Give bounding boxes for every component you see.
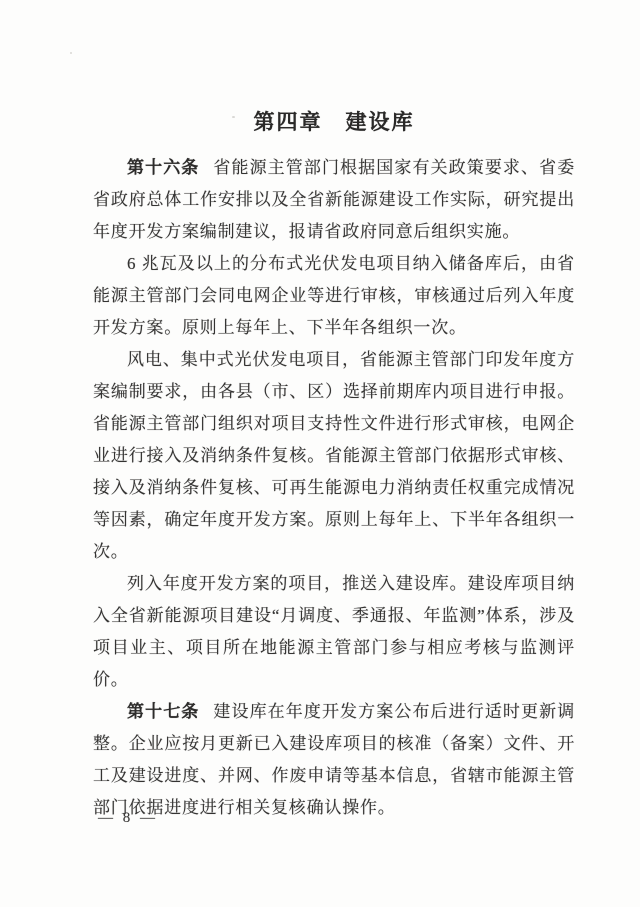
paragraph-annual-plan-projects: 列入年度开发方案的项目，推送入建设库。建设库项目纳入全省新能源项目建设“月调度、… xyxy=(93,568,575,696)
article-17-number: 第十七条 xyxy=(127,702,199,721)
paragraph-article-16: 第十六条省能源主管部门根据国家有关政策要求、省委省政府总体工作安排以及全省新能源… xyxy=(93,152,575,248)
document-page: 第四章 建设库 第十六条省能源主管部门根据国家有关政策要求、省委省政府总体工作安… xyxy=(0,0,640,907)
paragraph-wind-centralized-pv: 风电、集中式光伏发电项目，省能源主管部门印发年度方案编制要求，由各县（市、区）选… xyxy=(93,344,575,568)
paragraph-text: 6 兆瓦及以上的分布式光伏发电项目纳入储备库后，由省能源主管部门会同电网企业等进… xyxy=(93,254,575,337)
page-number: — 8 — xyxy=(98,806,158,830)
chapter-title: 第四章 建设库 xyxy=(93,110,575,136)
scan-speck xyxy=(70,52,72,54)
paragraph-distributed-pv: 6 兆瓦及以上的分布式光伏发电项目纳入储备库后，由省能源主管部门会同电网企业等进… xyxy=(93,248,575,344)
document-body: 第四章 建设库 第十六条省能源主管部门根据国家有关政策要求、省委省政府总体工作安… xyxy=(93,110,575,824)
paragraph-text: 列入年度开发方案的项目，推送入建设库。建设库项目纳入全省新能源项目建设“月调度、… xyxy=(93,574,575,689)
paragraph-text: 风电、集中式光伏发电项目，省能源主管部门印发年度方案编制要求，由各县（市、区）选… xyxy=(93,350,575,561)
article-16-number: 第十六条 xyxy=(127,158,199,177)
paragraph-article-17: 第十七条建设库在年度开发方案公布后进行适时更新调整。企业应按月更新已入建设库项目… xyxy=(93,696,575,824)
